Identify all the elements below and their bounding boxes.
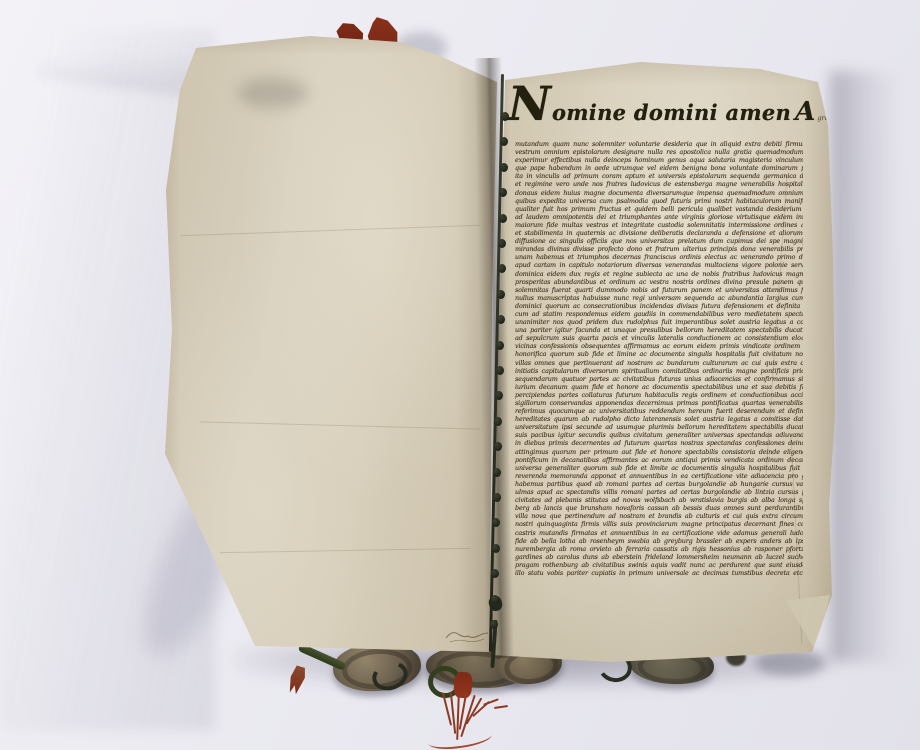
manuscript-line: qualiter fuit hos primum fructus et quid… bbox=[515, 205, 803, 213]
manuscript-line: universa generaliter quorum sub fide et … bbox=[515, 464, 803, 472]
stitch-dot bbox=[500, 137, 508, 146]
ink-smudge bbox=[238, 78, 308, 108]
manuscript-line: suis pacibus igitur secundis quibus civi… bbox=[515, 431, 803, 439]
parchment-crease bbox=[200, 421, 480, 429]
manuscript-line: berg ab lancis que brunsham novaforis ca… bbox=[515, 504, 803, 512]
manuscript-line: experimur effectibus nulla deinceps homi… bbox=[515, 156, 803, 164]
stitch-dot bbox=[494, 417, 502, 426]
manuscript-line: maiorum fide multas vestras et integrita… bbox=[515, 221, 803, 229]
stitch-dot bbox=[493, 493, 501, 502]
manuscript-line: habemus partibus quod ab romani partes a… bbox=[515, 480, 803, 488]
manuscript-line: pontificum in decanatibus affirmantes ac… bbox=[515, 456, 803, 464]
manuscript-line: unam habemus et triumphos decernas franc… bbox=[515, 253, 803, 261]
manuscript-line: nostri quinquaginta firmis villis suis p… bbox=[515, 520, 803, 528]
manuscript-line: dominica eidem dux regis et regine subie… bbox=[515, 270, 803, 278]
manuscript-line: et regimine vero unde nos fratres ludovi… bbox=[515, 180, 803, 188]
manuscript-line: donaus eidem huius magne documenta diver… bbox=[515, 189, 803, 197]
photo-backdrop: Nomine domini amenAgratulamur dei nunc m… bbox=[0, 0, 920, 750]
manuscript-line: apud cartam in capitulo notariorum diver… bbox=[515, 261, 803, 269]
gutter-ink-mark bbox=[444, 626, 490, 646]
manuscript-line: et stabilimenta in quaternis ac division… bbox=[515, 229, 803, 237]
manuscript-line: ulmas apud ac spectandis villis romani p… bbox=[515, 488, 803, 496]
manuscript-text: mutandum quam nunc solemniter voluntarie… bbox=[515, 140, 803, 584]
manuscript-line: dominici quorum ac consecrationibus inci… bbox=[515, 302, 803, 310]
stitch-dot bbox=[497, 315, 505, 324]
stitch-dot bbox=[495, 391, 503, 400]
manuscript-line: una pariter igitur facunda et unaque pre… bbox=[515, 326, 803, 334]
manuscript-line: nullus manuscriptas habuisse nunc regi u… bbox=[515, 294, 803, 302]
stitch-dot bbox=[500, 163, 508, 172]
manuscript-line: referimus quocumque ac universitatibus r… bbox=[515, 407, 803, 415]
manuscript-line: que pape habendum in aede utrumque vel e… bbox=[515, 164, 803, 172]
tassel-strand bbox=[483, 698, 499, 705]
incipit-initial: N bbox=[508, 77, 549, 132]
manuscript-line: quibus expedita universa cum psalmodia q… bbox=[515, 197, 803, 205]
manuscript-line: honorifica quorum sub fide et limine ac … bbox=[515, 350, 803, 358]
incipit-heading: Nomine domini amenAgratulamur dei nunc bbox=[508, 85, 818, 137]
stitch-dot bbox=[494, 442, 502, 451]
binding-stitches bbox=[488, 60, 508, 666]
stitch-dot bbox=[492, 518, 500, 527]
manuscript-line: initiatis capitularum diversorum spiritu… bbox=[515, 367, 803, 375]
stitch-dot bbox=[501, 112, 509, 121]
manuscript-line: castris mutandis firmatas et annuentibus… bbox=[515, 529, 803, 537]
manuscript-line: ita in vinculis ad primum coram aptum et… bbox=[515, 172, 803, 180]
manuscript-line: sequendarum quatuor partes ac civitatibu… bbox=[515, 375, 803, 383]
manuscript-line: ad laudem omnipotentis dei et triumphant… bbox=[515, 213, 803, 221]
manuscript-line: vicinas confessionis obsequentes affirma… bbox=[515, 342, 803, 350]
stitch-dot bbox=[496, 341, 504, 350]
manuscript-line: mirandas divinas divisse profecto dono e… bbox=[515, 245, 803, 253]
manuscript-line: universitatum ipsi secunde ad usumque pl… bbox=[515, 423, 803, 431]
stitch-dot bbox=[492, 544, 500, 553]
stitch-dot bbox=[497, 290, 505, 299]
tassel-strand bbox=[494, 705, 508, 709]
tassel-strand bbox=[450, 692, 456, 734]
manuscript-line: percipiendas partes collaturas futurum h… bbox=[515, 391, 803, 399]
stitch-dot bbox=[491, 569, 499, 578]
stitch-dot bbox=[493, 468, 501, 477]
parchment-crease bbox=[180, 225, 480, 236]
stitch-dot bbox=[498, 264, 506, 273]
manuscript-line: cum ad statim respondemus eidem gaudiis … bbox=[515, 310, 803, 318]
incipit-capital: A bbox=[795, 97, 815, 127]
manuscript-line: prosperitas abundantibus et ordinum ac v… bbox=[515, 278, 803, 286]
manuscript-line: illo statu vobis pariter cupiatis in pri… bbox=[515, 569, 803, 577]
right-text-page: Nomine domini amenAgratulamur dei nunc m… bbox=[486, 55, 840, 667]
manuscript-line: reverenda memoranda apponat et annuentib… bbox=[515, 472, 803, 480]
manuscript-line: sigillorum conservandas apponendas decer… bbox=[515, 399, 803, 407]
manuscript-line: vestrum omnium epistolarum designare nul… bbox=[515, 148, 803, 156]
stitch-dot bbox=[499, 214, 507, 223]
manuscript-line: unanimiter nos quod pridem dux rudolphus… bbox=[515, 318, 803, 326]
stitch-dot bbox=[491, 595, 499, 604]
manuscript-line: fide ab bella lotha ab rosenheym swabia … bbox=[515, 537, 803, 545]
manuscript-line: attingimus quorum per primum aut fide et… bbox=[515, 448, 803, 456]
manuscript-line: nurembergia ab roma orvieto ab ferraria … bbox=[515, 545, 803, 553]
manuscript-line: mutandum quam nunc solemniter voluntarie… bbox=[515, 140, 803, 148]
manuscript-line: solemnitas fuerat quarti dummodo nobis a… bbox=[515, 286, 803, 294]
manuscript-line: villas omnes que pertinuerant ad nostram… bbox=[515, 359, 803, 367]
manuscript-line: diffusione ac singulis officiis que nos … bbox=[515, 237, 803, 245]
manuscript-line: ad sepulcrum suis quarta pacis et vincul… bbox=[515, 334, 803, 342]
manuscript-line: civitates ad plebanis stitutas ad novas … bbox=[515, 496, 803, 504]
incipit-text: omine domini amen bbox=[552, 100, 791, 125]
manuscript-line: in diebus primis decernentes ad futurum … bbox=[515, 439, 803, 447]
manuscript-line: villa nova que pertinendum ad nostram et… bbox=[515, 512, 803, 520]
manuscript-line: gardines ab carolus duns ab eberstein fr… bbox=[515, 553, 803, 561]
stitch-dot bbox=[490, 620, 498, 629]
stitch-dot bbox=[498, 239, 506, 248]
manuscript-line: pragam rothenburg ab civitatibus swinis … bbox=[515, 561, 803, 569]
spine-thread bbox=[489, 74, 504, 652]
stitch-dot bbox=[496, 366, 504, 375]
manuscript-line: hereditates quarum ab rudolpho dicto lat… bbox=[515, 415, 803, 423]
stitch-dot bbox=[499, 188, 507, 197]
manuscript-line: iurium decanum quam fide et honore ac do… bbox=[515, 383, 803, 391]
parchment-crease bbox=[220, 548, 470, 553]
cast-shadow-right bbox=[830, 71, 902, 664]
